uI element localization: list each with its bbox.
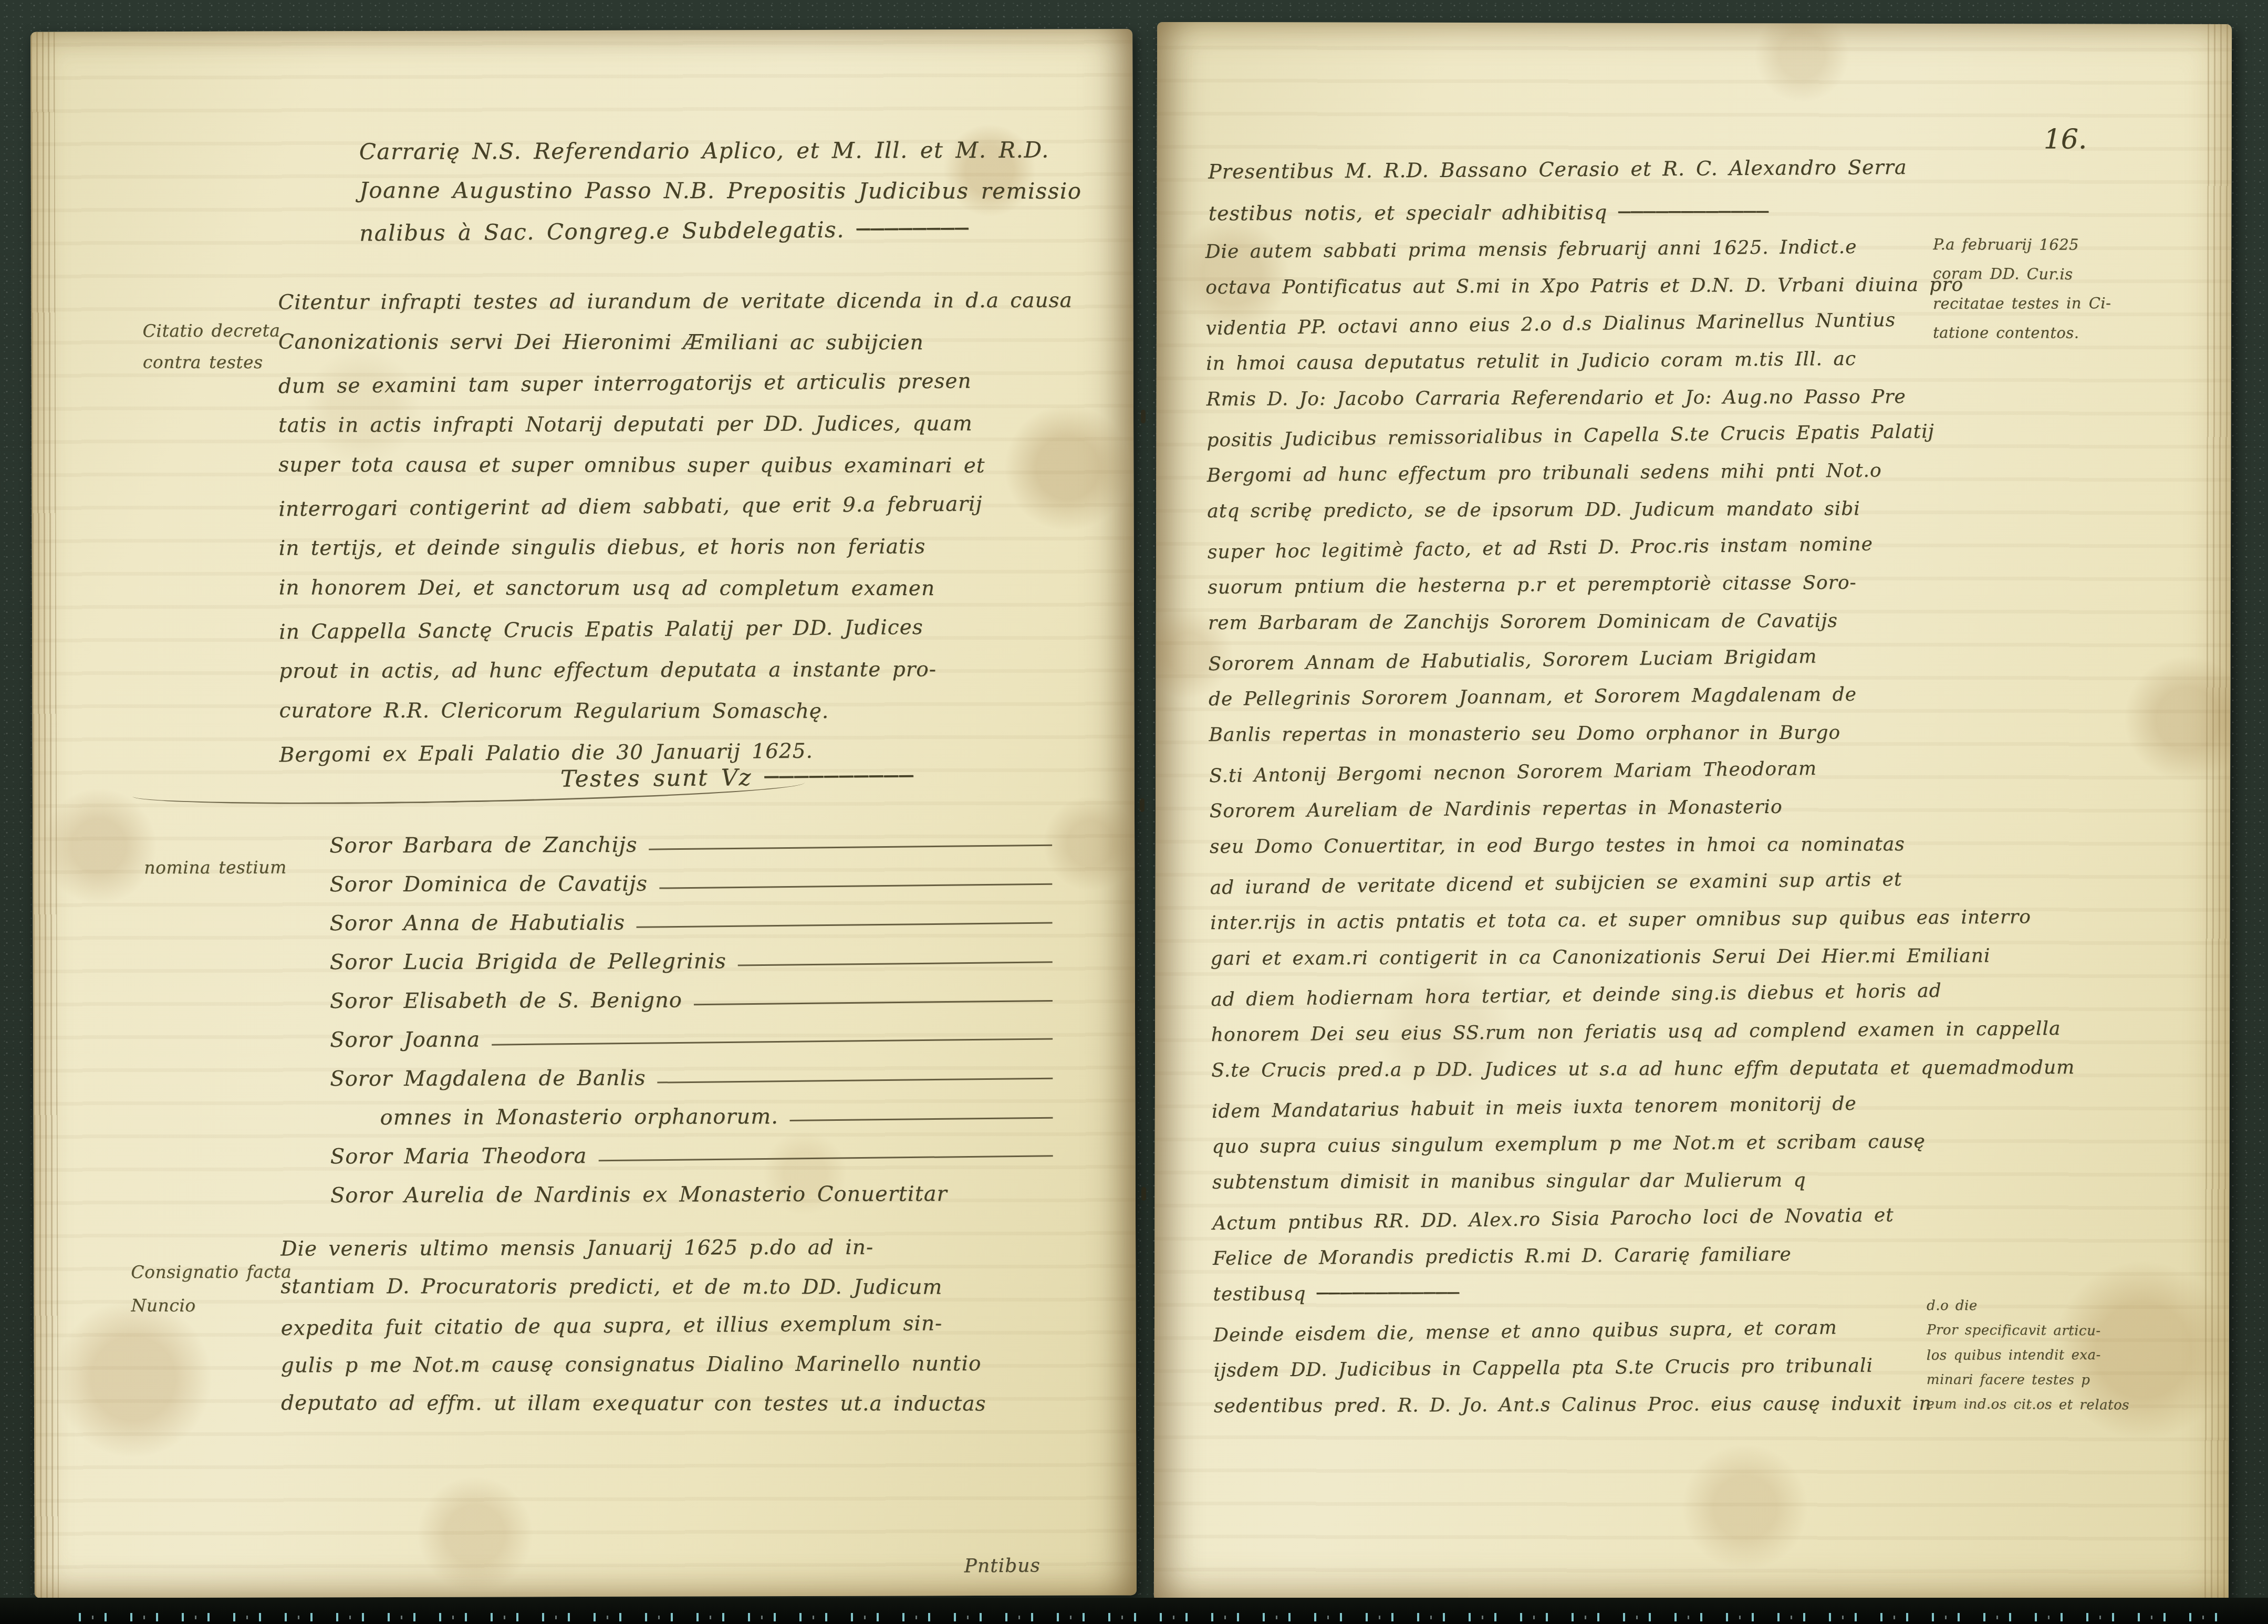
witness-rule-line [694, 1000, 1053, 1005]
manuscript-line: eum ind.os cit.os et relatos [1927, 1392, 2130, 1418]
witness-rule-line [492, 1038, 1053, 1045]
catchword: Pntibus [964, 1555, 1041, 1577]
witness-row: Soror Magdalena de Banlis [330, 1050, 1060, 1091]
witness-rule-line [637, 922, 1053, 928]
page-number: 16. [2044, 123, 2087, 155]
margin-note-right-bottom: d.o diePror specificavit articu-los quib… [1927, 1294, 2130, 1418]
manuscript-line: Consignatio facta [131, 1255, 292, 1289]
manuscript-line: atq scribę predicto, se de ipsorum DD. J… [1207, 490, 2071, 530]
binding-stitch [1140, 798, 1145, 812]
witness-row: Soror Anna de Habutialis [329, 895, 1059, 936]
witness-name: omnes in Monasterio orphanorum. [380, 1105, 778, 1130]
witness-rule-line [658, 1078, 1053, 1084]
manuscript-line: Joanne Augustino Passo N.B. Prepositis J… [359, 170, 1082, 211]
manuscript-line: interrogari contigerint ad diem sabbati,… [278, 483, 1073, 530]
binding-stitch [1141, 410, 1146, 423]
manuscript-line: contra testes [143, 347, 280, 378]
manuscript-line: recitatae testes in Ci- [1933, 288, 2111, 318]
manuscript-line: Nuncio [131, 1289, 292, 1323]
scan-ruler-strip [0, 1598, 2268, 1624]
manuscript-line: Rmis D. Jo: Jacobo Carraria Referendario… [1206, 378, 2070, 418]
manuscript-line: Banlis repertas in monasterio seu Domo o… [1209, 713, 2072, 754]
page-edge-deckle [30, 32, 59, 1598]
witness-rule-line [649, 845, 1052, 850]
manuscript-line: gulis p me Not.m causę consignatus Diali… [281, 1345, 986, 1386]
witness-row: Soror Barbara de Zanchijs [329, 817, 1059, 858]
manuscript-line: Citentur infrapti testes ad iurandum de … [278, 280, 1073, 324]
witness-row: Soror Dominica de Cavatijs [329, 856, 1059, 897]
flourish-underline [132, 771, 805, 808]
margin-note-consignatio: Consignatio factaNuncio [131, 1255, 292, 1323]
witness-name: Soror Dominica de Cavatijs [329, 872, 648, 897]
manuscript-line: nalibus à Sac. Congreg.e Subdelegatis. ─… [359, 208, 1082, 253]
manuscript-line: Citatio decreta [143, 315, 280, 347]
witness-rule-line [659, 883, 1052, 889]
witness-rule-line [790, 1117, 1053, 1121]
manuscript-line: Die veneris ultimo mensis Januarij 1625 … [280, 1228, 986, 1269]
manuscript-line: P.a februarij 1625 [1933, 230, 2111, 259]
witness-name: Soror Lucia Brigida de Pellegrinis [330, 949, 726, 974]
manuscript-line: tatione contentos. [1933, 318, 2111, 348]
manuscript-line: Canonizationis servi Dei Hieronimi Æmili… [278, 322, 1073, 364]
manuscript-line: Pror specificavit articu- [1927, 1318, 2130, 1344]
manuscript-line: minari facere testes p [1927, 1368, 2129, 1393]
witness-name: Soror Magdalena de Banlis [330, 1066, 646, 1091]
manuscript-line: in tertijs, et deinde singulis diebus, e… [279, 526, 1074, 569]
witness-row: Soror Aurelia de Nardinis ex Monasterio … [330, 1167, 1060, 1208]
manuscript-line: gari et exam.ri contigerit in ca Canoniz… [1211, 937, 2074, 977]
manuscript-line: deputato ad effm. ut illam exequatur con… [281, 1384, 986, 1424]
left-page: Carrarię N.S. Referendario Aplico, et M.… [30, 29, 1137, 1598]
manuscript-line: curatore R.R. Clericorum Regularium Soma… [279, 691, 1073, 733]
right-page: 16. Presentibus M. R.D. Bassano Cerasio … [1154, 22, 2232, 1603]
witness-name: Soror Maria Theodora [330, 1144, 587, 1169]
witness-rule-line [738, 961, 1053, 966]
witness-row: Soror Joanna [330, 1012, 1060, 1053]
manuscript-line: in Cappella Sanctę Crucis Epatis Palatij… [279, 606, 1074, 653]
ruler-ticks-minor [92, 1616, 2221, 1619]
manuscript-scan: Carrarię N.S. Referendario Aplico, et M.… [0, 0, 2268, 1624]
left-paragraph-consignatio: Die veneris ultimo mensis Januarij 1625 … [280, 1228, 986, 1424]
margin-note-nomina: nomina testium [144, 851, 287, 883]
manuscript-line: Presentibus M. R.D. Bassano Cerasio et R… [1208, 145, 1907, 193]
witness-list: Soror Barbara de Zanchijs Soror Dominica… [329, 817, 1060, 1208]
manuscript-line: stantiam D. Procuratoris predicti, et de… [280, 1267, 986, 1307]
witness-name: Soror Joanna [330, 1028, 480, 1053]
witness-rule-line [598, 1155, 1053, 1161]
margin-note-right-top: P.a februarij 1625coram DD. Cur.isrecita… [1933, 230, 2111, 348]
manuscript-line: prout in actis, ad hunc effectum deputat… [279, 649, 1074, 692]
manuscript-line: in honorem Dei, et sanctorum usq ad comp… [279, 568, 1073, 610]
witness-row: Soror Elisabeth de S. Benigno [330, 973, 1060, 1014]
manuscript-line: nomina testium [144, 851, 287, 883]
margin-note-citatio: Citatio decretacontra testes [143, 315, 280, 379]
manuscript-line: seu Domo Conuertitar, in eod Burgo teste… [1210, 825, 2073, 866]
binding-stitch [1141, 1187, 1146, 1201]
right-opening-lines: Presentibus M. R.D. Bassano Cerasio et R… [1208, 145, 1907, 236]
witness-name: Soror Anna de Habutialis [329, 911, 625, 935]
manuscript-line: expedita fuit citatio de qua supra, et i… [280, 1304, 986, 1348]
manuscript-line: dum se examini tam super interrogatorijs… [278, 360, 1073, 407]
manuscript-line: d.o die [1927, 1294, 2129, 1319]
left-paragraph-citation: Citentur infrapti testes ad iurandum de … [278, 280, 1074, 774]
witness-row: Soror Lucia Brigida de Pellegrinis [330, 934, 1060, 975]
left-heading: Carrarię N.S. Referendario Aplico, et M.… [359, 130, 1082, 252]
page-edge-deckle [2204, 24, 2232, 1603]
manuscript-line: subtenstum dimisit in manibus singular d… [1212, 1161, 2076, 1201]
witness-name: Soror Elisabeth de S. Benigno [330, 988, 682, 1014]
manuscript-line: coram DD. Cur.is [1933, 258, 2111, 289]
manuscript-line: Carrarię N.S. Referendario Aplico, et M.… [359, 130, 1082, 172]
manuscript-line: S.te Crucis pred.a p DD. Judices ut s.a … [1211, 1049, 2075, 1089]
witness-name: Soror Aurelia de Nardinis ex Monasterio … [330, 1182, 948, 1207]
witness-name: Soror Barbara de Zanchijs [329, 833, 637, 858]
manuscript-line: tatis in actis infrapti Notarij deputati… [278, 403, 1073, 446]
manuscript-line: testibus notis, et specialr adhibitisq ─… [1209, 190, 1907, 235]
right-body: Die autem sabbati prima mensis februarij… [1205, 227, 2077, 1427]
witness-row: omnes in Monasterio orphanorum. [330, 1089, 1060, 1130]
witness-row: Soror Maria Theodora [330, 1128, 1060, 1169]
manuscript-line: super tota causa et super omnibus super … [278, 445, 1073, 487]
manuscript-line: rem Barbaram de Zanchijs Sororem Dominic… [1208, 601, 2072, 642]
manuscript-line: los quibus intendit exa- [1927, 1343, 2129, 1368]
